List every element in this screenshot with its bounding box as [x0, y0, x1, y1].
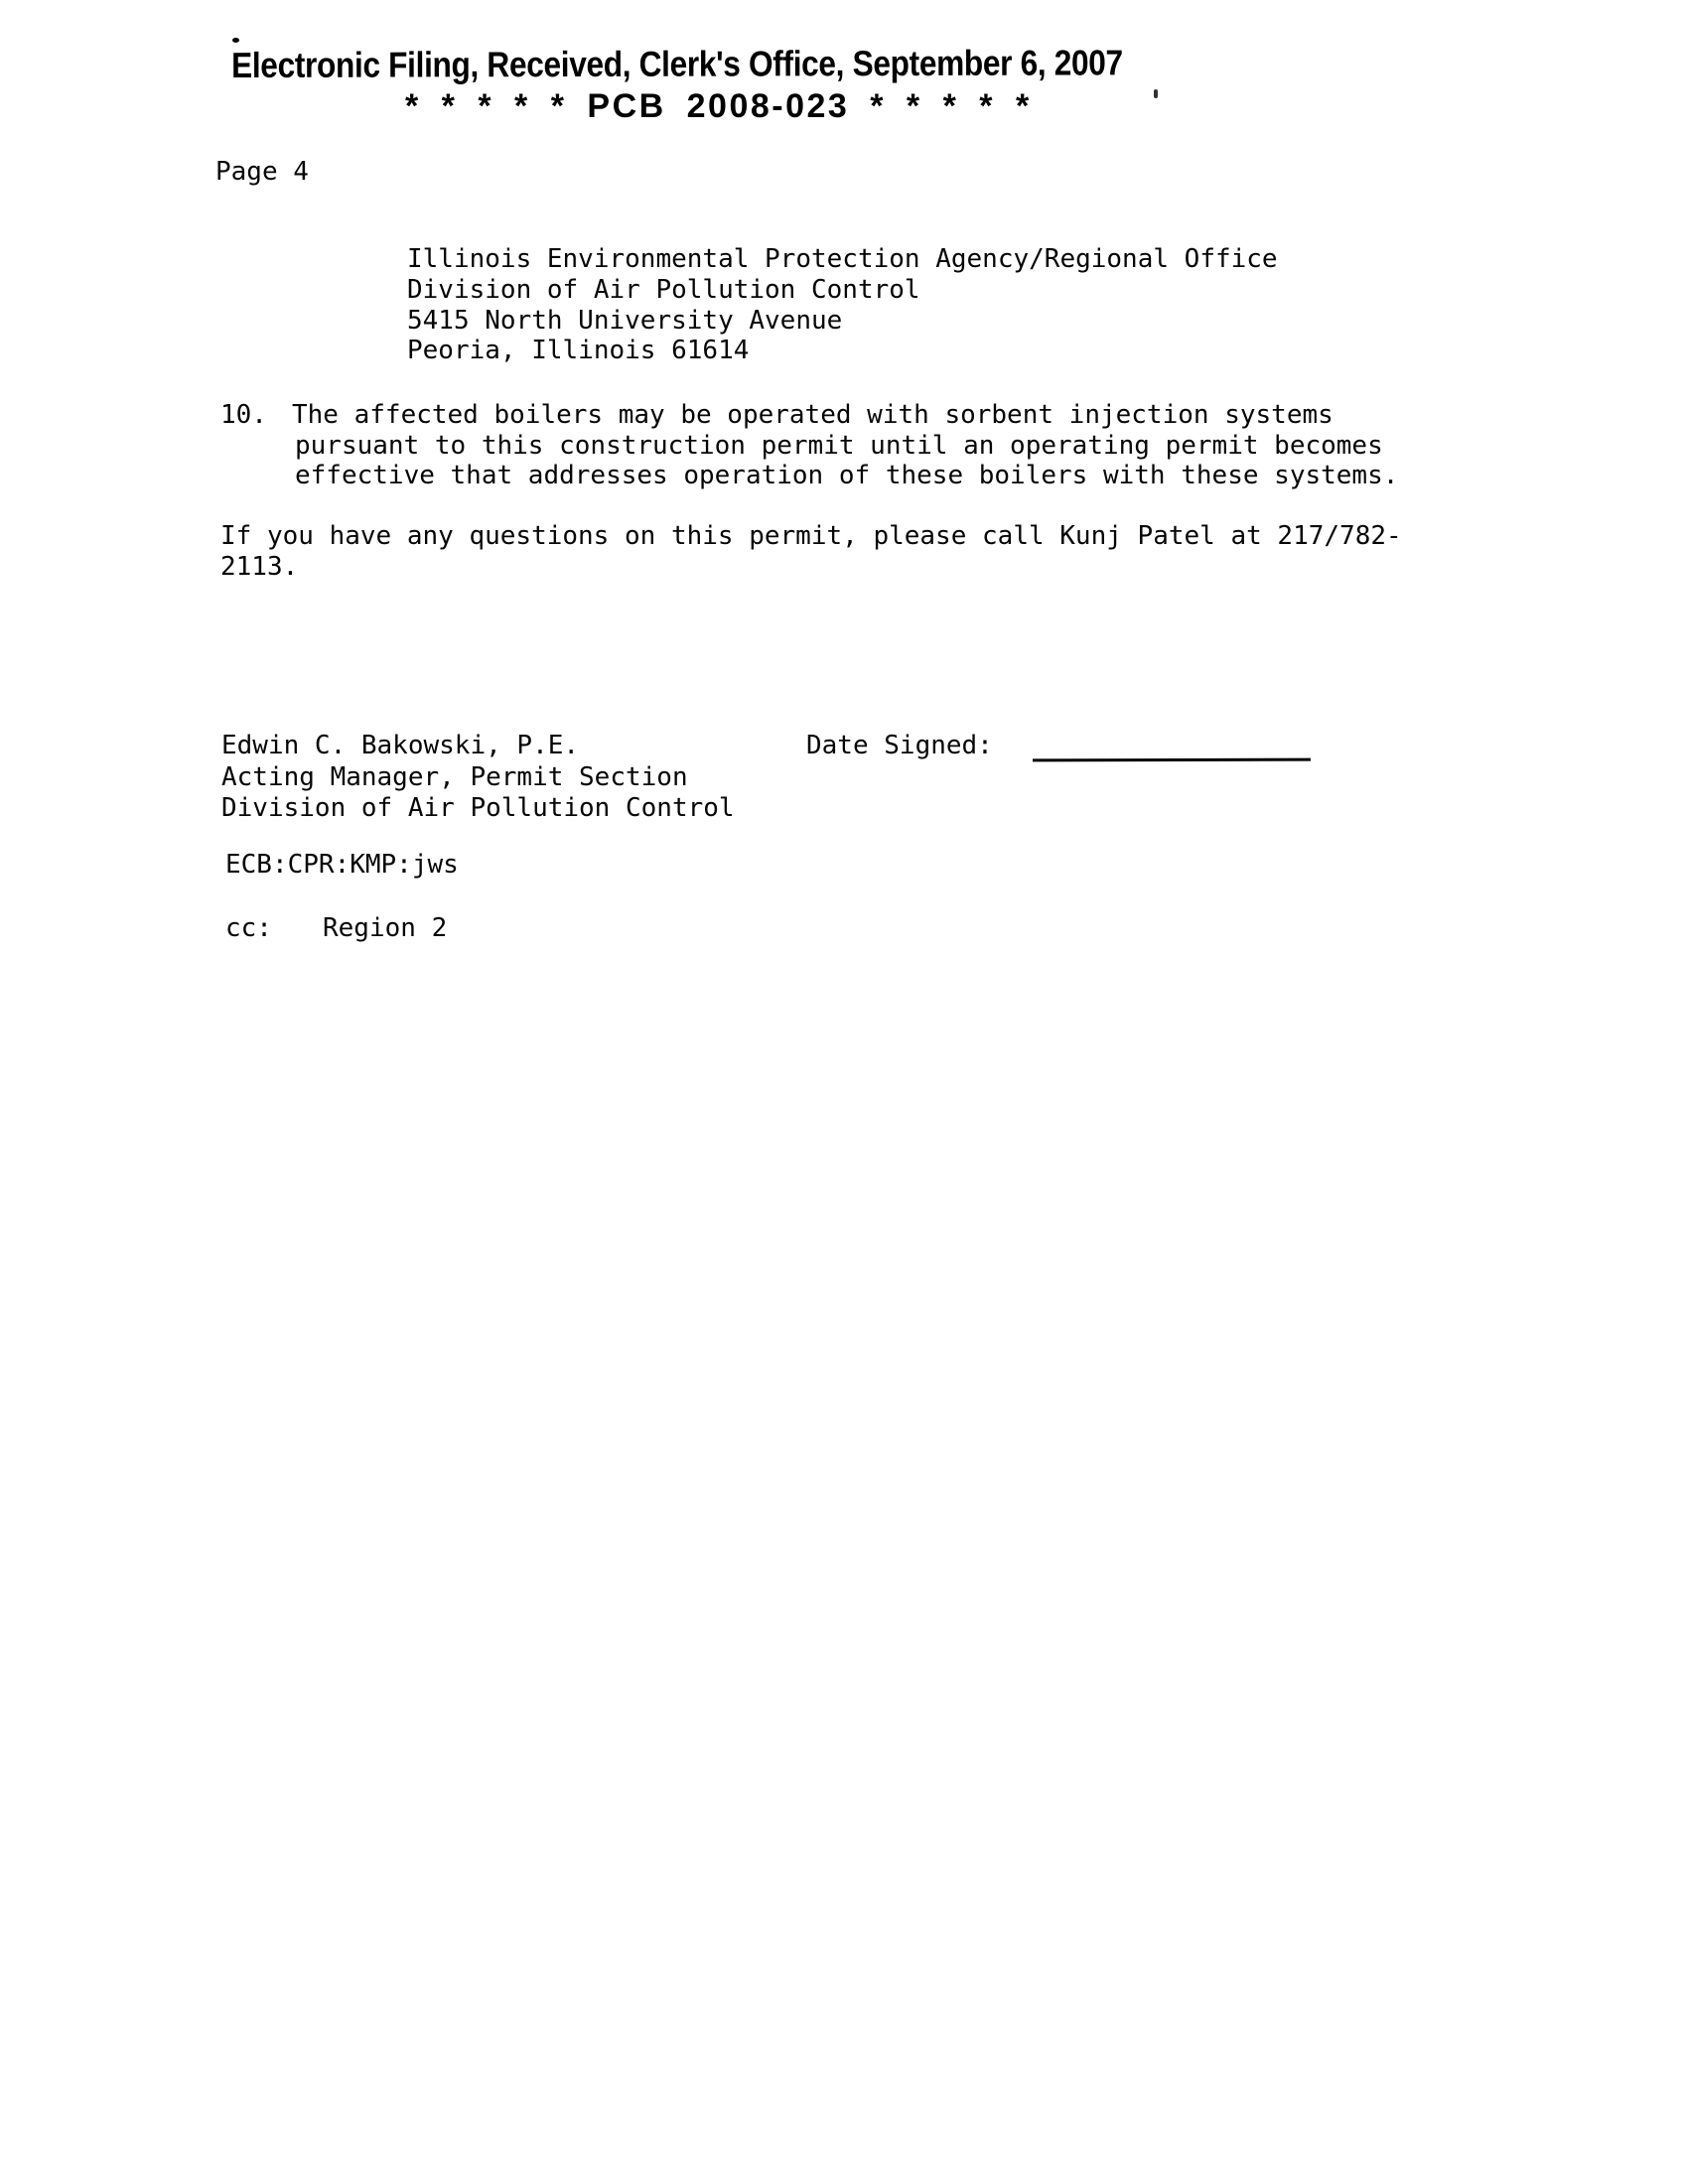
signatory-division: Division of Air Pollution Control — [221, 793, 735, 823]
item-text-line: pursuant to this construction permit unt… — [295, 431, 1383, 461]
address-line: Illinois Environmental Protection Agency… — [407, 244, 1278, 274]
date-signed-label: Date Signed: — [806, 731, 993, 760]
date-signed-blank-line — [1033, 758, 1311, 762]
filing-header-docket: * * * * * PCB 2008-023 * * * * * — [405, 89, 1032, 123]
address-line: Division of Air Pollution Control — [407, 275, 920, 305]
routing-initials: ECB:CPR:KMP:jws — [225, 850, 459, 880]
cc-label: cc: — [225, 913, 272, 943]
cc-value: Region 2 — [323, 913, 447, 943]
signatory-name: Edwin C. Bakowski, P.E. — [221, 731, 579, 760]
item-text-line: effective that addresses operation of th… — [295, 461, 1398, 490]
scan-speck — [1154, 89, 1158, 98]
address-line: 5415 North University Avenue — [407, 306, 842, 336]
item-number: 10. — [220, 400, 267, 430]
signatory-title: Acting Manager, Permit Section — [221, 762, 688, 792]
filing-header-line1: Electronic Filing, Received, Clerk's Off… — [231, 45, 1123, 83]
contact-line: 2113. — [220, 552, 298, 582]
scanned-permit-page: Electronic Filing, Received, Clerk's Off… — [0, 0, 1684, 2184]
page-number-label: Page 4 — [215, 157, 309, 187]
contact-line: If you have any questions on this permit… — [220, 521, 1402, 551]
address-line: Peoria, Illinois 61614 — [407, 336, 749, 365]
item-text-line: The affected boilers may be operated wit… — [292, 400, 1333, 430]
scan-speck — [232, 38, 239, 43]
